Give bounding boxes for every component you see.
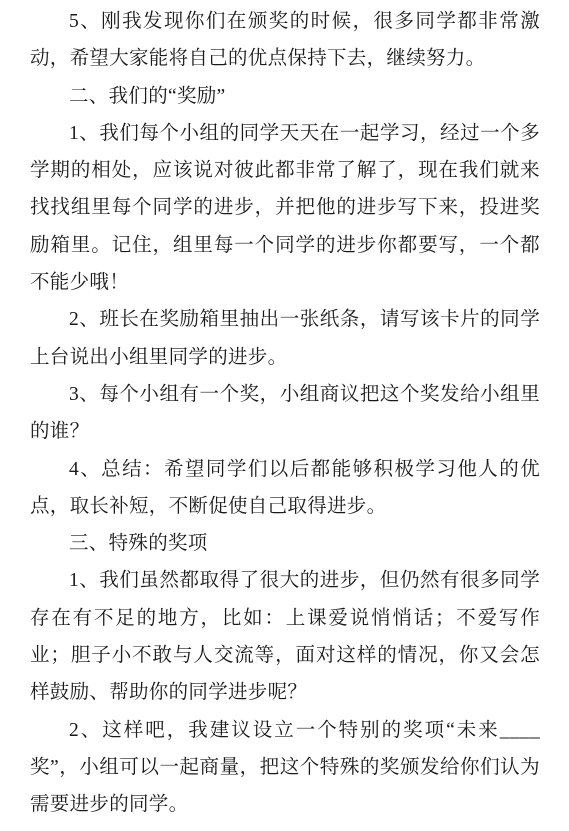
paragraph: 2、班长在奖励箱里抽出一张纸条，请写该卡片的同学上台说出小组里同学的进步。 — [30, 301, 540, 376]
paragraph: 3、每个小组有一个奖，小组商议把这个奖发给小组里的谁？ — [30, 376, 540, 451]
section-heading: 二、我们的“奖励” — [30, 78, 540, 115]
paragraph: 5、刚我发现你们在颁奖的时候，很多同学都非常激动，希望大家能将自己的优点保持下去… — [30, 3, 540, 78]
section-heading: 三、特殊的奖项 — [30, 525, 540, 562]
paragraph: 1、我们虽然都取得了很大的进步，但仍然有很多同学存在有不足的地方，比如：上课爱说… — [30, 562, 540, 711]
paragraph: 4、总结：希望同学们以后都能够积极学习他人的优点，取长补短，不断促使自己取得进步… — [30, 451, 540, 526]
paragraph: 1、我们每个小组的同学天天在一起学习，经过一个多学期的相处，应该说对彼此都非常了… — [30, 115, 540, 301]
paragraph: 2、这样吧，我建议设立一个特别的奖项“未来____奖”，小组可以一起商量，把这个… — [30, 712, 540, 824]
document-page: 5、刚我发现你们在颁奖的时候，很多同学都非常激动，希望大家能将自己的优点保持下去… — [0, 0, 569, 831]
